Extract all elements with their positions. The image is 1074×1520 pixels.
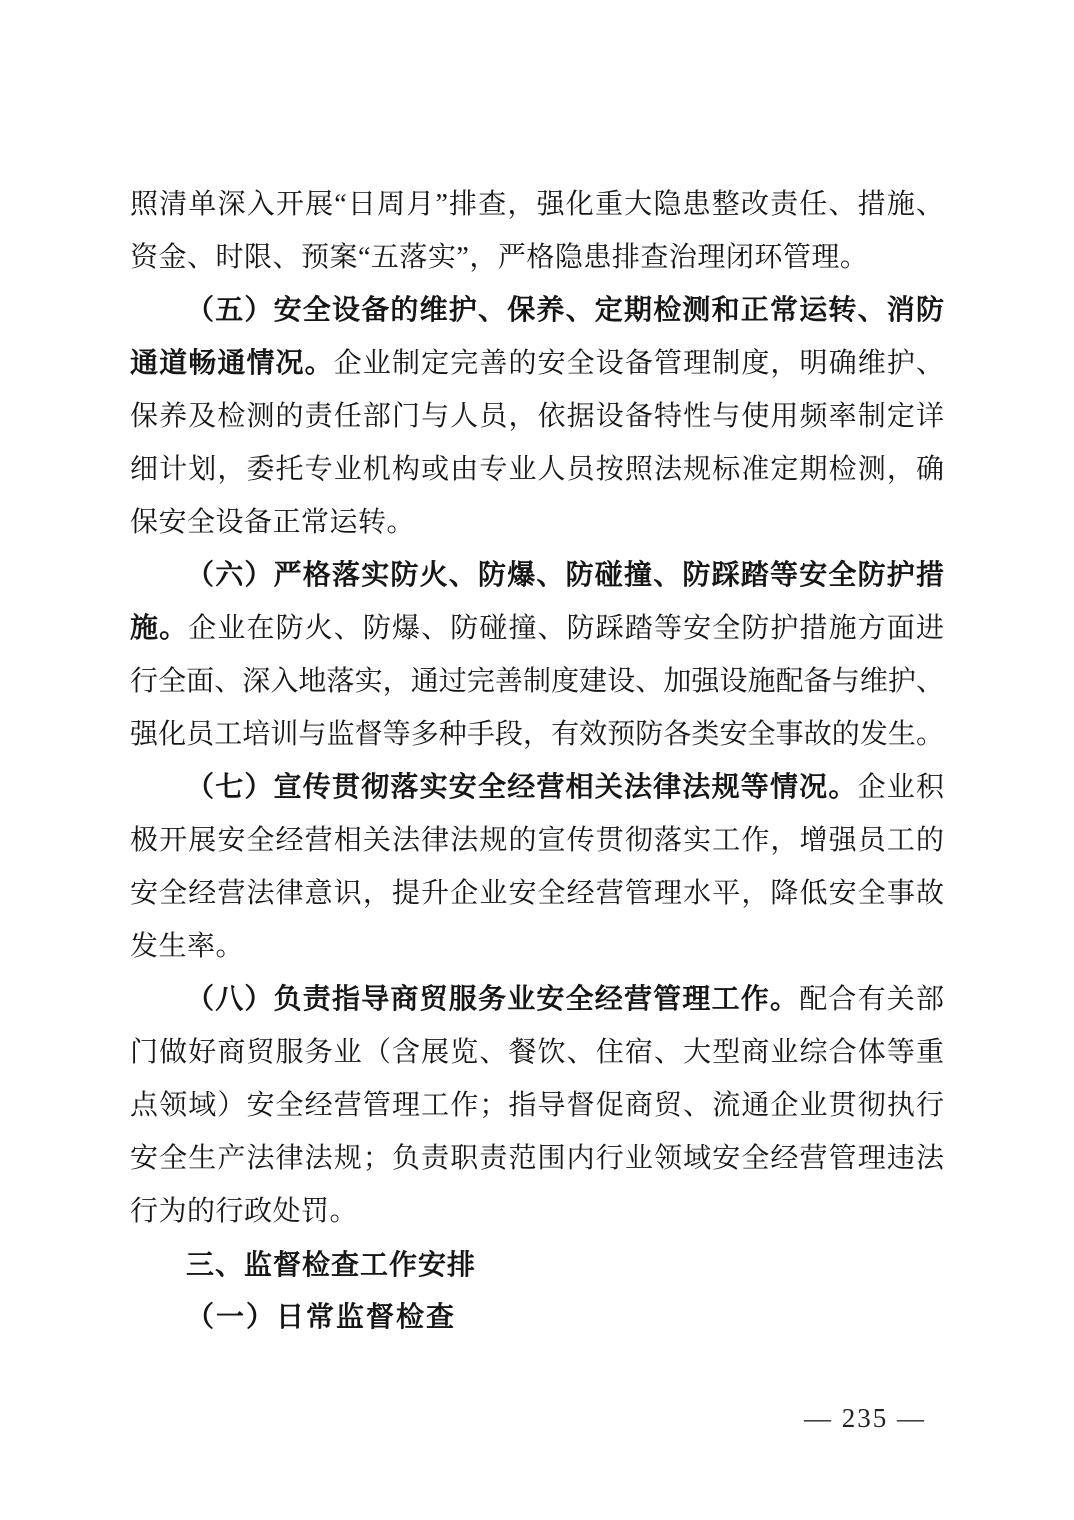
- text-segment: 点领域）安全经营管理工作；指导督促商贸、流通企业贯彻执行: [130, 1090, 944, 1121]
- text-line: 行全面、深入地落实，通过完善制度建设、加强设施配备与维护、: [130, 655, 944, 708]
- page-number: — 235 —: [804, 1398, 926, 1438]
- text-segment: 安全经营法律意识，提升企业安全经营管理水平，降低安全事故: [130, 878, 944, 909]
- text-line: 安全生产法律法规；负责职责范围内行业领域安全经营管理违法: [130, 1132, 944, 1185]
- text-line: 门做好商贸服务业（含展览、餐饮、住宿、大型商业综合体等重: [130, 1026, 944, 1079]
- text-segment: 极开展安全经营相关法律法规的宣传贯彻落实工作，增强员工的: [130, 825, 944, 856]
- text-segment: 保安全设备正常运转。: [130, 507, 415, 538]
- bold-text-segment: 通道畅通情况。: [130, 348, 334, 379]
- text-line: 发生率。: [130, 920, 944, 973]
- text-line: 保安全设备正常运转。: [130, 496, 944, 549]
- subsection-heading: （一）日常监督检查: [130, 1291, 944, 1344]
- text-segment: 配合有关部: [799, 984, 944, 1015]
- text-segment: 企业制定完善的安全设备管理制度，明确维护、: [334, 348, 944, 379]
- text-segment: 行全面、深入地落实，通过完善制度建设、加强设施配备与维护、: [130, 666, 944, 697]
- document-body: 照清单深入开展“日周月”排查，强化重大隐患整改责任、措施、资金、时限、预案“五落…: [130, 178, 944, 1344]
- text-segment: 保养及检测的责任部门与人员，依据设备特性与使用频率制定详: [130, 401, 944, 432]
- text-line: （五）安全设备的维护、保养、定期检测和正常运转、消防: [130, 284, 944, 337]
- text-segment: 门做好商贸服务业（含展览、餐饮、住宿、大型商业综合体等重: [130, 1037, 944, 1068]
- text-line: 施。企业在防火、防爆、防碰撞、防踩踏等安全防护措施方面进: [130, 602, 944, 655]
- bold-text-segment: 施。: [130, 613, 188, 644]
- text-line: 行为的行政处罚。: [130, 1185, 944, 1238]
- text-segment: 企业积: [858, 772, 944, 803]
- bold-text-segment: （一）日常监督检查: [186, 1302, 456, 1333]
- text-segment: 强化员工培训与监督等多种手段，有效预防各类安全事故的发生。: [130, 719, 944, 750]
- text-segment: 安全生产法律法规；负责职责范围内行业领域安全经营管理违法: [130, 1143, 944, 1174]
- text-line: 极开展安全经营相关法律法规的宣传贯彻落实工作，增强员工的: [130, 814, 944, 867]
- bold-text-segment: （五）安全设备的维护、保养、定期检测和正常运转、消防: [186, 295, 944, 326]
- text-segment: 行为的行政处罚。: [130, 1196, 358, 1227]
- section-heading: 三、监督检查工作安排: [130, 1238, 944, 1291]
- text-line: 资金、时限、预案“五落实”，严格隐患排查治理闭环管理。: [130, 231, 944, 284]
- text-line: （六）严格落实防火、防爆、防碰撞、防踩踏等安全防护措: [130, 549, 944, 602]
- text-segment: 资金、时限、预案“五落实”，严格隐患排查治理闭环管理。: [130, 242, 868, 273]
- text-line: 细计划，委托专业机构或由专业人员按照法规标准定期检测，确: [130, 443, 944, 496]
- text-line: （八）负责指导商贸服务业安全经营管理工作。配合有关部: [130, 973, 944, 1026]
- bold-text-segment: （六）严格落实防火、防爆、防碰撞、防踩踏等安全防护措: [186, 560, 944, 591]
- text-segment: 发生率。: [130, 931, 244, 962]
- text-line: 照清单深入开展“日周月”排查，强化重大隐患整改责任、措施、: [130, 178, 944, 231]
- bold-text-segment: （八）负责指导商贸服务业安全经营管理工作。: [186, 984, 799, 1015]
- text-segment: 照清单深入开展“日周月”排查，强化重大隐患整改责任、措施、: [130, 189, 944, 220]
- text-line: （七）宣传贯彻落实安全经营相关法律法规等情况。企业积: [130, 761, 944, 814]
- text-line: 强化员工培训与监督等多种手段，有效预防各类安全事故的发生。: [130, 708, 944, 761]
- text-segment: 细计划，委托专业机构或由专业人员按照法规标准定期检测，确: [130, 454, 944, 485]
- text-line: 通道畅通情况。企业制定完善的安全设备管理制度，明确维护、: [130, 337, 944, 390]
- text-line: 安全经营法律意识，提升企业安全经营管理水平，降低安全事故: [130, 867, 944, 920]
- text-line: 点领域）安全经营管理工作；指导督促商贸、流通企业贯彻执行: [130, 1079, 944, 1132]
- text-segment: 企业在防火、防爆、防碰撞、防踩踏等安全防护措施方面进: [188, 613, 944, 644]
- text-line: 保养及检测的责任部门与人员，依据设备特性与使用频率制定详: [130, 390, 944, 443]
- bold-text-segment: 三、监督检查工作安排: [186, 1249, 476, 1280]
- document-page: 照清单深入开展“日周月”排查，强化重大隐患整改责任、措施、资金、时限、预案“五落…: [0, 0, 1074, 1520]
- bold-text-segment: （七）宣传贯彻落实安全经营相关法律法规等情况。: [186, 772, 858, 803]
